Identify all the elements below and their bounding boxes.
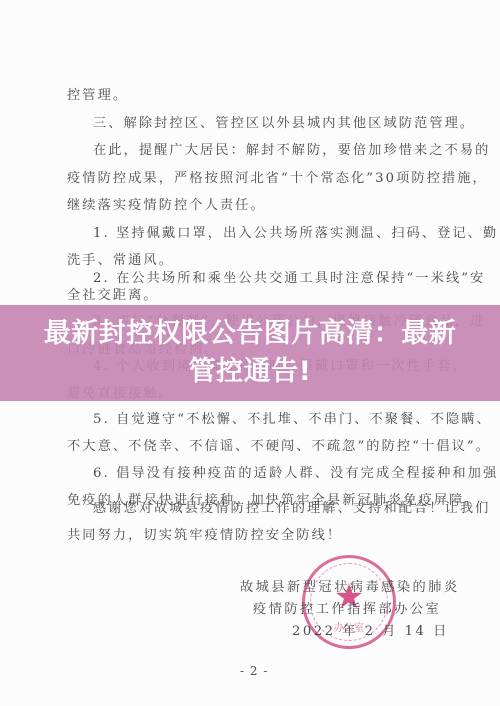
list-item-1: 1. 坚持佩戴口罩，出入公共场所落实测温、扫码、登记、勤 bbox=[93, 224, 498, 244]
closing-text: 感谢您对故城县疫情防控工作的理解、支持和配合！让我们 bbox=[93, 499, 490, 519]
text-line: 共同努力，切实筑牢疫情防控安全防线！ bbox=[67, 526, 342, 546]
text-line: 不大意、不侥幸、不信谣、不硬闯、不疏忽”的防控“十倡议”。 bbox=[67, 437, 491, 457]
text-line: 疫情防控成果，严格按照河北省“十个常态化”30项防控措施， bbox=[67, 169, 488, 189]
title-banner: 最新封控权限公告图片高清：最新管控通告! bbox=[0, 305, 500, 401]
text-line: 全社交距离。 bbox=[67, 286, 159, 306]
text-line: 继续落实疫情防控个人责任。 bbox=[67, 196, 266, 216]
signature-org-line2: 疫情防控工作指挥部办公室 bbox=[253, 598, 441, 617]
section-heading: 三、解除封控区、管控区以外县城内其他区域防范管理。 bbox=[93, 114, 475, 134]
text-line: 洗手、常通风。 bbox=[67, 251, 174, 271]
text-line: 在此，提醒广大居民：解封不解防，要倍加珍惜来之不易的 bbox=[93, 141, 490, 161]
list-item-5: 5. 自觉遵守“不松懈、不扎堆、不串门、不聚餐、不隐瞒、 bbox=[93, 410, 492, 430]
signature-org-line1: 故城县新型冠状病毒感染的肺炎 bbox=[240, 576, 460, 595]
signature-date: 2022 年 2 月 14 日 bbox=[292, 620, 449, 639]
list-item-6: 6. 倡导没有接种疫苗的适龄人群、没有完成全程接种和加强 bbox=[93, 464, 498, 484]
banner-title: 最新封控权限公告图片高清：最新管控通告! bbox=[35, 315, 465, 391]
page-number: - 2 - bbox=[240, 664, 268, 678]
text-line: 控管理。 bbox=[67, 86, 128, 106]
